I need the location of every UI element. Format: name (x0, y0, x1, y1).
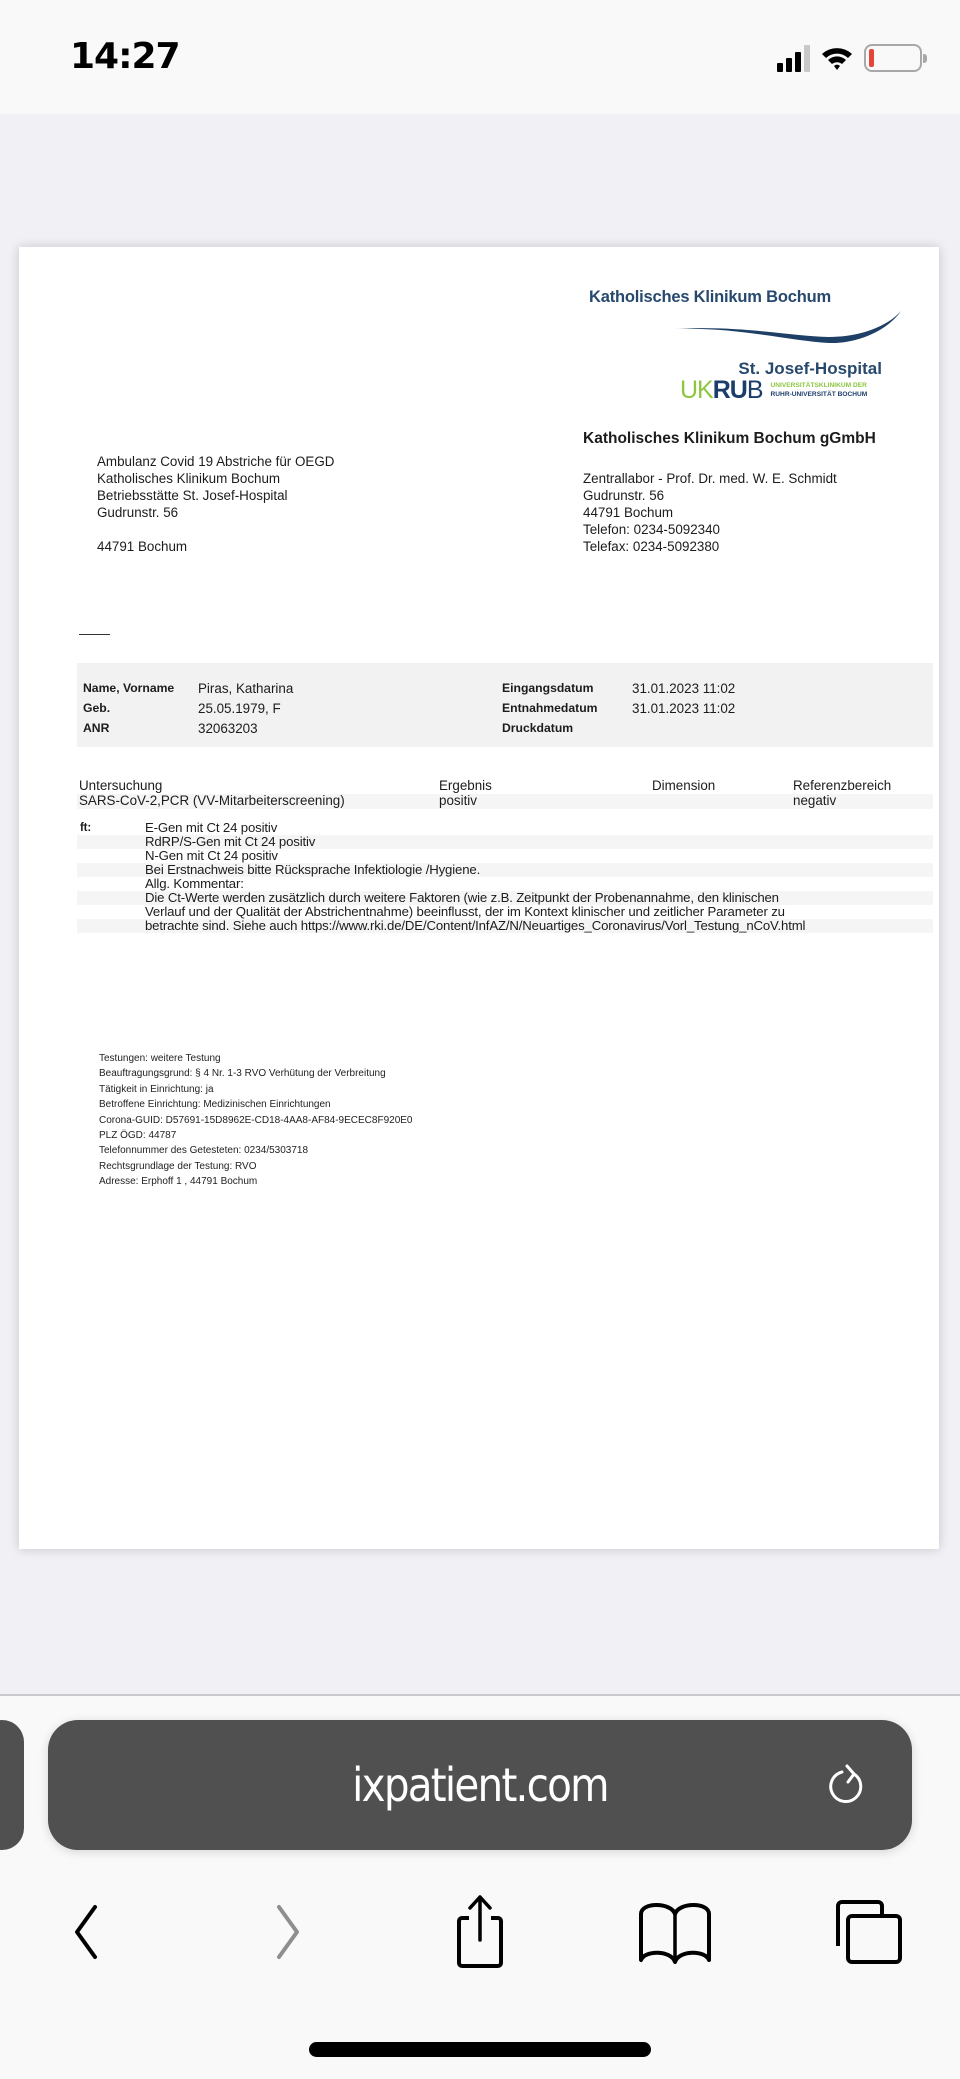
org-title: Katholisches Klinikum Bochum gGmbH (583, 430, 876, 447)
findings: ft:E-Gen mit Ct 24 positiv RdRP/S-Gen mi… (77, 821, 933, 933)
share-icon (450, 1894, 510, 1970)
table-row: SARS-CoV-2,PCR (VV-Mitarbeiterscreening)… (77, 794, 933, 809)
patient-details: Name, VornamePiras, Katharina Geb.25.05.… (83, 680, 293, 740)
reload-icon[interactable] (822, 1760, 872, 1810)
lab-report: Katholisches Klinikum Bochum St. Josef-H… (19, 247, 939, 1549)
results-table: Untersuchung Ergebnis Dimension Referenz… (77, 777, 933, 933)
cellular-signal-icon (777, 44, 810, 72)
patient-info-box: Name, VornamePiras, Katharina Geb.25.05.… (77, 663, 933, 747)
bookmarks-button[interactable] (635, 1892, 715, 1972)
recipient-address: Ambulanz Covid 19 Abstriche für OEGD Kat… (97, 453, 334, 555)
findings-label: ft: (80, 821, 91, 835)
share-button[interactable] (440, 1892, 520, 1972)
hospital-name: St. Josef-Hospital (738, 360, 882, 377)
ukrub-subtitle: UNIVERSITÄTSKLINIKUM DER RUHR-UNIVERSITÄ… (771, 382, 868, 399)
sample-dates: Eingangsdatum31.01.2023 11:02 Entnahmeda… (502, 680, 735, 740)
kkb-logo: Katholisches Klinikum Bochum (589, 289, 919, 354)
pdf-page[interactable]: Katholisches Klinikum Bochum St. Josef-H… (19, 247, 939, 1549)
tabs-button[interactable] (830, 1892, 910, 1972)
ukrub-logo: UKRUB UNIVERSITÄTSKLINIKUM DER RUHR-UNIV… (680, 382, 867, 399)
status-time: 14:27 (70, 36, 180, 77)
test-name: SARS-CoV-2,PCR (VV-Mitarbeiterscreening) (79, 794, 345, 808)
ukrub-mark: UKRUB (680, 382, 763, 399)
reference-range: negativ (793, 794, 836, 808)
org-address: Zentrallabor - Prof. Dr. med. W. E. Schm… (583, 470, 837, 555)
home-indicator[interactable] (309, 2042, 651, 2057)
test-notes: Testungen: weitere Testung Beauftragungs… (99, 1051, 413, 1190)
results-header: Untersuchung Ergebnis Dimension Referenz… (77, 777, 933, 794)
url-text[interactable]: ixpatient.com (100, 1758, 860, 1812)
forward-icon (268, 1902, 308, 1962)
status-bar: 14:27 (0, 0, 960, 114)
back-button[interactable] (46, 1892, 126, 1972)
address-bar[interactable]: ixpatient.com (48, 1720, 912, 1850)
patient-name: Piras, Katharina (198, 680, 293, 700)
browser-nav (0, 1892, 960, 1972)
bookmarks-icon (637, 1900, 713, 1964)
status-icons (777, 44, 922, 72)
received-date: 31.01.2023 11:02 (632, 680, 735, 700)
divider (79, 634, 110, 635)
hospital-group-name: Katholisches Klinikum Bochum (589, 289, 831, 306)
wifi-icon (820, 44, 854, 72)
patient-birthdate: 25.05.1979, F (198, 700, 281, 720)
battery-level (869, 49, 874, 67)
forward-button[interactable] (248, 1892, 328, 1972)
battery-icon (864, 44, 922, 72)
browser-toolbar: ixpatient.com (0, 1694, 960, 2079)
patient-anr: 32063203 (198, 720, 258, 740)
rki-link-text: betrachte sind. Siehe auch https://www.r… (145, 918, 805, 933)
test-result: positiv (439, 794, 477, 808)
back-icon (66, 1902, 106, 1962)
previous-tab-peek[interactable] (0, 1720, 24, 1850)
tabs-icon (834, 1898, 906, 1966)
collection-date: 31.01.2023 11:02 (632, 700, 735, 720)
